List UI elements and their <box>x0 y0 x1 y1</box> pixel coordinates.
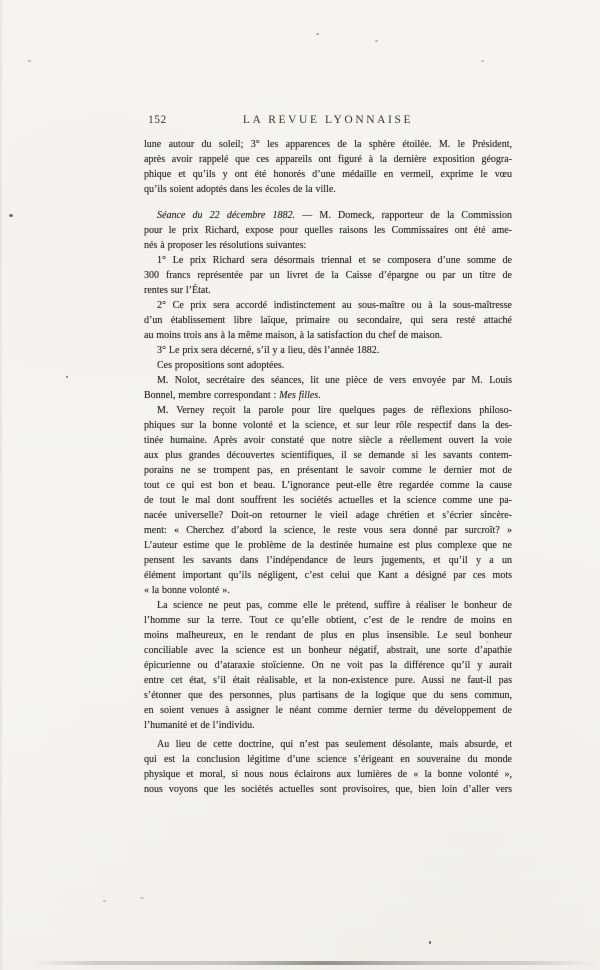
text-line: 300 francs représentée par un livret de … <box>144 268 512 283</box>
scan-speckle <box>375 40 378 42</box>
text-line: phiques sur la bonne volonté et la scien… <box>144 418 512 433</box>
scanned-book-page: 152 LA REVUE LYONNAISE lune autour du so… <box>0 0 600 970</box>
text-line: « la bonne volonté ». <box>144 583 512 598</box>
running-title: LA REVUE LYONNAISE <box>144 114 512 126</box>
text-line: nous voyons que les sociétés actuelles s… <box>144 782 512 797</box>
text-line: ment: « Cherchez d’abord la science, le … <box>144 523 512 538</box>
text-segment: . <box>318 390 321 401</box>
scan-speckle <box>9 214 13 217</box>
text-line: élément important qu’ils négligent, c’es… <box>144 568 512 583</box>
text-line: 2° Ce prix sera accordé indistinctement … <box>144 298 512 313</box>
paragraph-continuation-seance-precedente: lune autour du soleil; 3° les apparences… <box>144 137 512 197</box>
text-line: lune autour du soleil; 3° les apparences… <box>144 137 512 152</box>
text-line: La science ne peut pas, comme elle le pr… <box>144 598 512 613</box>
text-line: 1° Le prix Richard sera désormais trienn… <box>144 253 512 268</box>
text-line: de tout le mal dont souffrent les sociét… <box>144 493 512 508</box>
text-line: en soient venues à assigner le néant com… <box>144 703 512 718</box>
text-line: nés à proposer les résolutions suivantes… <box>144 238 512 253</box>
scan-speckle <box>481 60 484 62</box>
scan-speckle <box>486 641 489 643</box>
scan-speckle <box>316 33 319 35</box>
text-line: s’étonner que des personnes, plus partis… <box>144 688 512 703</box>
scan-speckle <box>103 900 106 902</box>
paragraph-nolot-mes-filles: M. Nolot, secrétaire des séances, lit un… <box>144 373 512 403</box>
paragraph-resolution-1: 1° Le prix Richard sera désormais trienn… <box>144 253 512 298</box>
paragraph-science-bonheur: La science ne peut pas, comme elle le pr… <box>144 598 512 733</box>
text-line: phique et qu’ils y ont été honorés d’une… <box>144 167 512 182</box>
paragraph-au-lieu-doctrine: Au lieu de cette doctrine, qui n’est pas… <box>144 737 512 797</box>
italic-text-segment: Mes filles <box>279 390 318 401</box>
text-line: M. Verney reçoit la parole pour lire que… <box>144 403 512 418</box>
text-block: lune autour du soleil; 3° les apparences… <box>144 137 512 797</box>
text-line: conciliable avec la science est un bonhe… <box>144 643 512 658</box>
scan-speckle <box>140 897 144 899</box>
text-line: après avoir rappelé que ces appareils on… <box>144 152 512 167</box>
scan-speckle <box>66 376 68 378</box>
text-segment: — M. Domeck, rapporteur de la Commission <box>295 210 512 221</box>
text-line: Ces propositions sont adoptées. <box>144 358 512 373</box>
page-edge-shadow <box>30 961 596 965</box>
text-line: 3° Le prix sera décerné, s’il y a lieu, … <box>144 343 512 358</box>
text-line: épicurienne ou d’ataraxie stoïcienne. On… <box>144 658 512 673</box>
paragraph-resolution-3: 3° Le prix sera décerné, s’il y a lieu, … <box>144 343 512 358</box>
text-line: M. Nolot, secrétaire des séances, lit un… <box>144 373 512 388</box>
text-line: tout ce qui est bon et beau. L’ignorance… <box>144 478 512 493</box>
text-line: rentes sur l’État. <box>144 283 512 298</box>
italic-text-segment: Séance du 22 décembre 1882. <box>157 210 295 221</box>
paragraph-verney-reflexions: M. Verney reçoit la parole pour lire que… <box>144 403 512 598</box>
text-line: Séance du 22 décembre 1882. — M. Domeck,… <box>144 208 512 223</box>
text-line: qui est la conclusion légitime d’une sci… <box>144 752 512 767</box>
text-line: d’un établissement libre laïque, primair… <box>144 313 512 328</box>
text-line: L’auteur estime que le problème de la de… <box>144 538 512 553</box>
text-line: au moins trois ans à la même maison, à l… <box>144 328 512 343</box>
text-line: Bonnel, membre correspondant : Mes fille… <box>144 388 512 403</box>
paragraph-resolution-2: 2° Ce prix sera accordé indistinctement … <box>144 298 512 343</box>
paragraph-propositions-adoptees: Ces propositions sont adoptées. <box>144 358 512 373</box>
scan-left-edge-shading <box>0 0 3 970</box>
text-line: Au lieu de cette doctrine, qui n’est pas… <box>144 737 512 752</box>
text-line: moins malheureux, en le rendant de plus … <box>144 628 512 643</box>
text-line: tinée humaine. Après avoir constaté que … <box>144 433 512 448</box>
text-line: nacée universelle? Doit-on retourner le … <box>144 508 512 523</box>
page-header: 152 LA REVUE LYONNAISE <box>0 114 600 130</box>
text-line: physique et moral, si nous nous éclairon… <box>144 767 512 782</box>
text-line: l’homme sur la terre. Tout ce qu’elle ob… <box>144 613 512 628</box>
text-line: aux plus grandes découvertes scientifiqu… <box>144 448 512 463</box>
paragraph-seance-22-decembre: Séance du 22 décembre 1882. — M. Domeck,… <box>144 208 512 253</box>
scan-speckle <box>28 60 31 62</box>
text-line: entre cet état, s’il était réalisable, e… <box>144 673 512 688</box>
text-segment: Bonnel, membre correspondant : <box>144 390 279 401</box>
scan-speckle <box>429 941 431 944</box>
text-line: porains ne se trompent pas, en présentan… <box>144 463 512 478</box>
text-line: pour le prix Richard, expose pour quelle… <box>144 223 512 238</box>
text-line: pensent les savants dans l’indépendance … <box>144 553 512 568</box>
text-line: l’humanité et de l’individu. <box>144 718 512 733</box>
text-line: qu’ils soient adoptés dans les écoles de… <box>144 182 512 197</box>
